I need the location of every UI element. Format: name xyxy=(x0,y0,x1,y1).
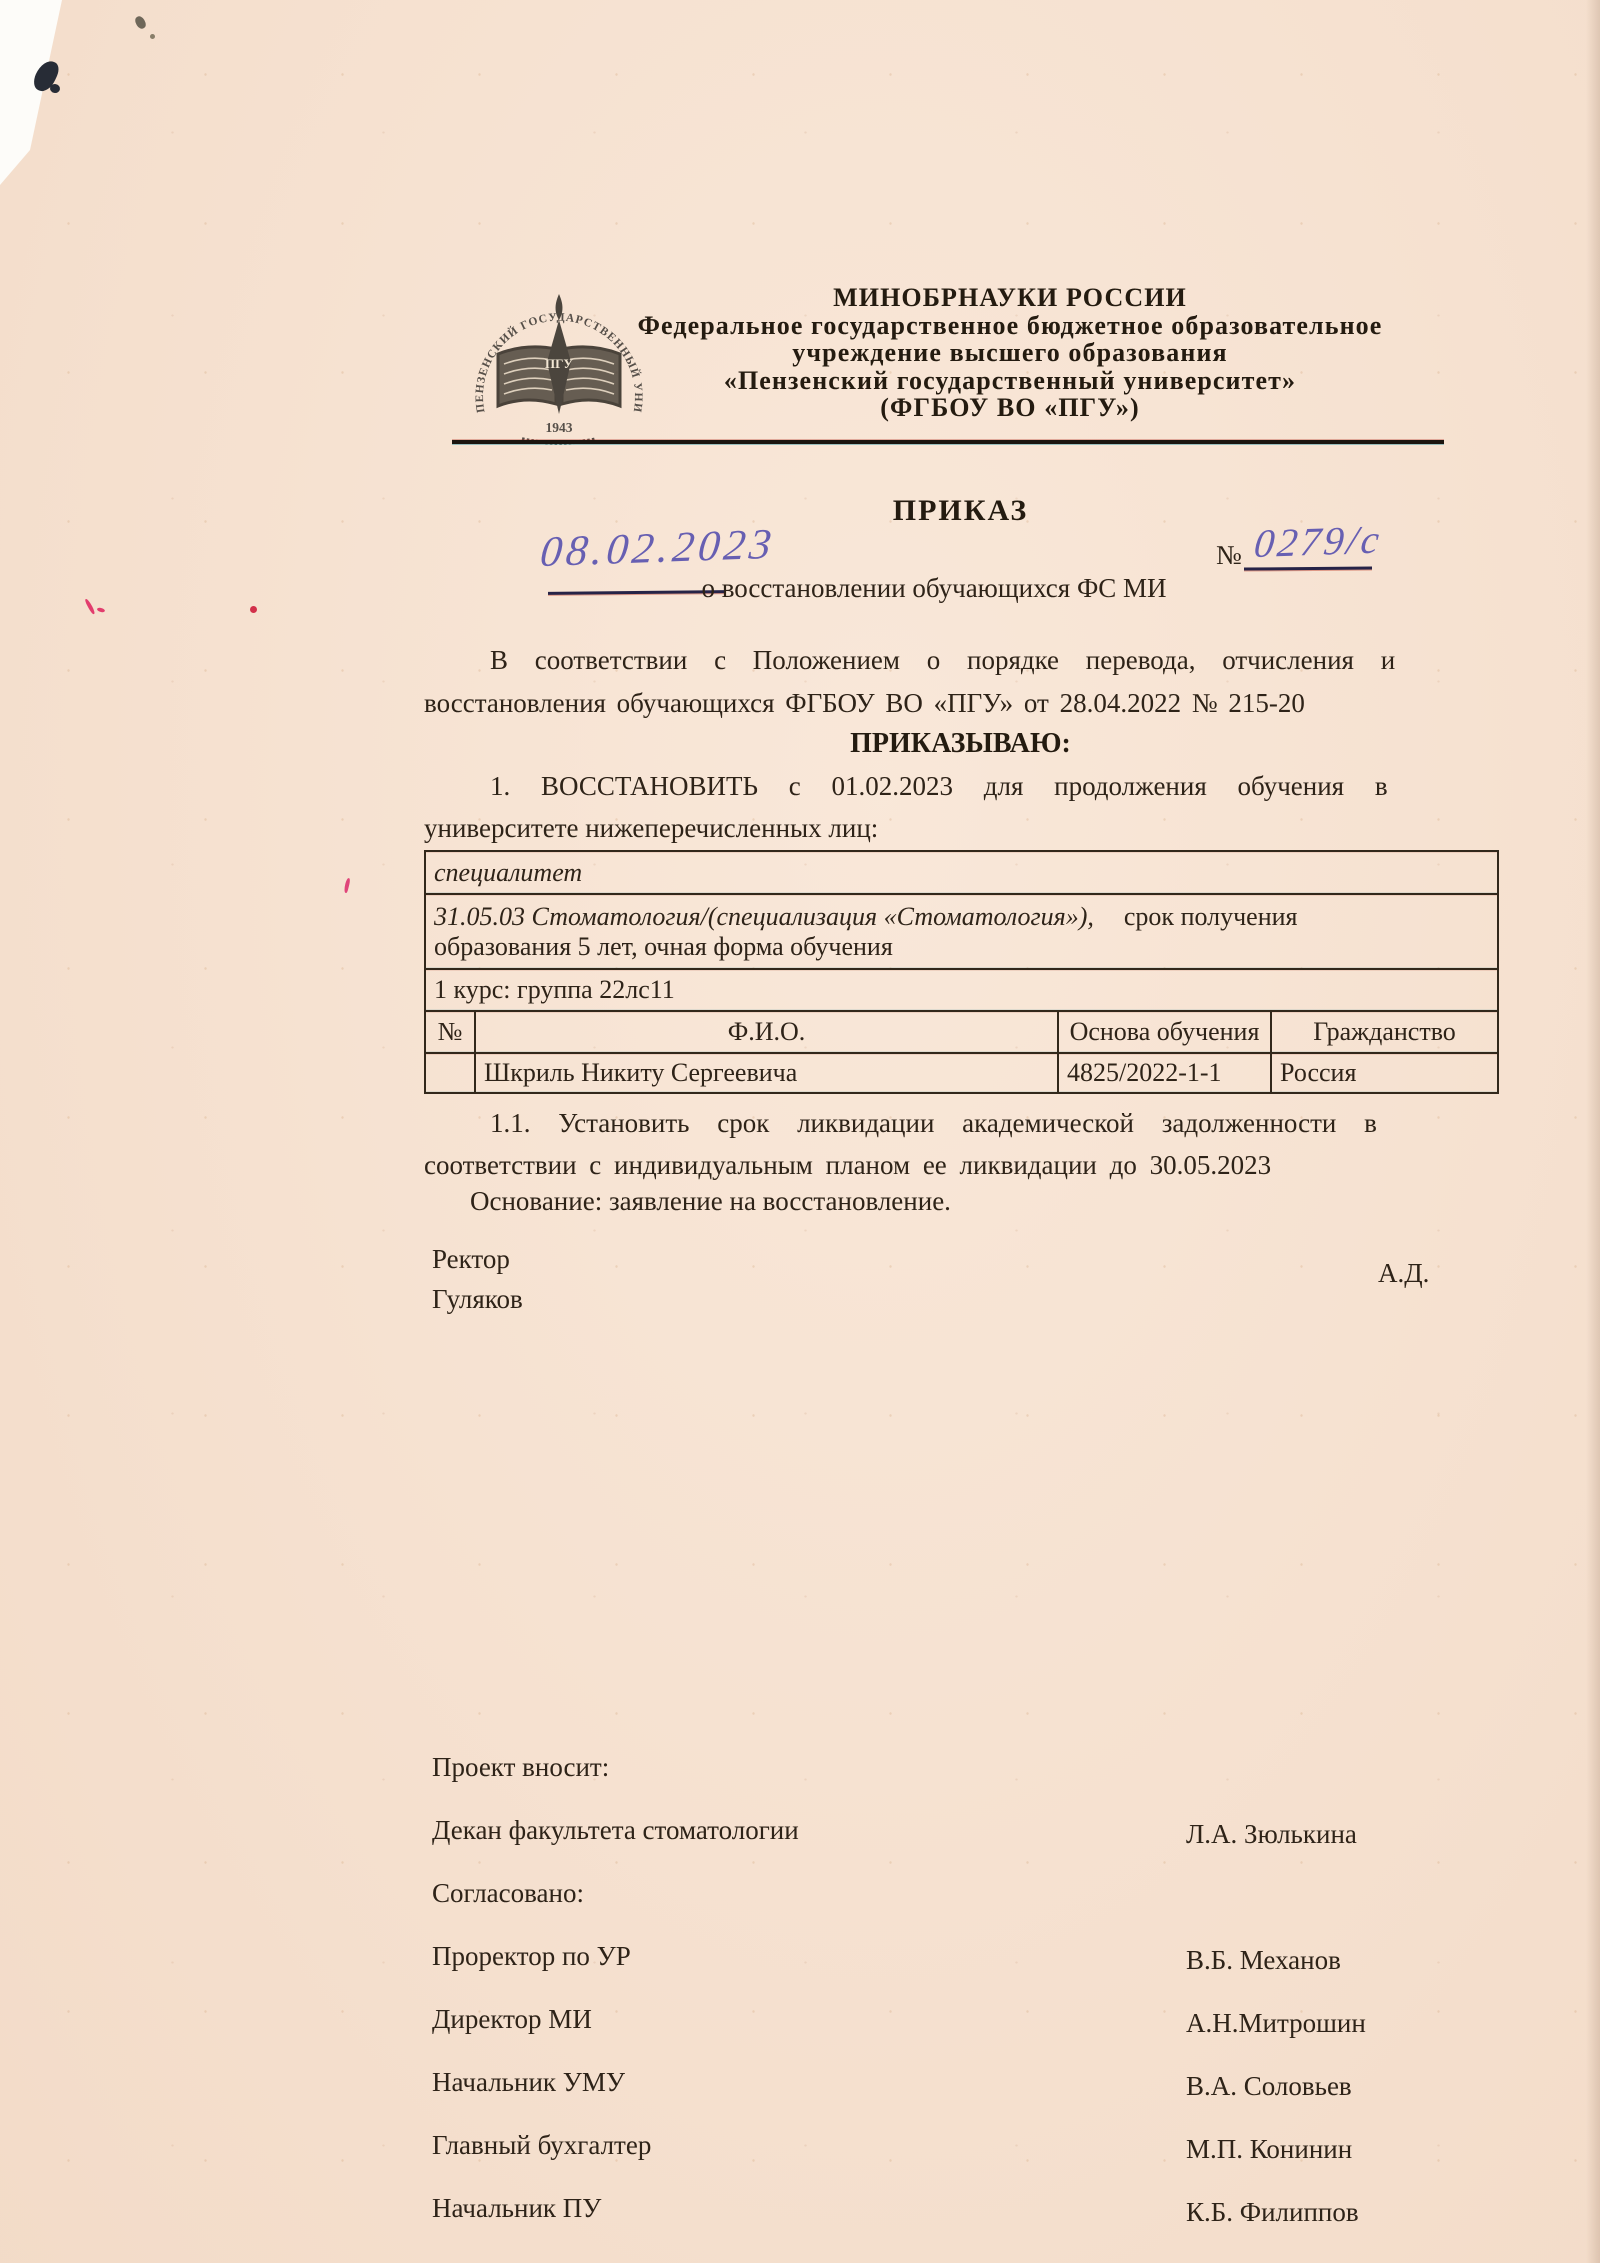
handwritten-number: 0279/с xyxy=(1252,516,1384,567)
approval-position-prorector: Проректор по УР xyxy=(432,1939,631,1973)
students-table: специалитет 31.05.03 Стоматология/(специ… xyxy=(424,850,1499,1094)
order-item11-line2: соответствии с индивидуальным планом ее … xyxy=(424,1148,1271,1182)
basis-line: Основание: заявление на восстановление. xyxy=(470,1184,951,1218)
approval-position-dean: Декан факультета стоматологии xyxy=(432,1813,799,1847)
paper-speck xyxy=(150,34,155,39)
approval-name-dean: Л.А. Зюлькина xyxy=(1186,1817,1357,1851)
org-name-line3: «Пензенский государственный университет» xyxy=(555,367,1465,395)
program-line2: образования 5 лет, очная форма обучения xyxy=(434,932,1489,962)
approval-name-prorector: В.Б. Механов xyxy=(1186,1943,1341,1977)
order-intro-line1: В соответствии с Положением о порядке пе… xyxy=(490,643,1395,677)
scan-edge-shadow xyxy=(1586,0,1600,2263)
paper-speck xyxy=(133,15,147,31)
signer-initials: А.Д. xyxy=(1378,1256,1429,1290)
program-code: 31.05.03 Стоматология/(специализация «Ст… xyxy=(434,902,1094,931)
approval-name-umu: В.А. Соловьев xyxy=(1186,2069,1352,2103)
header-divider xyxy=(452,440,1444,444)
cell-fio: Шкриль Никиту Сергеевича xyxy=(475,1053,1058,1093)
approval-name-director: А.Н.Митрошин xyxy=(1186,2006,1366,2040)
number-underline xyxy=(1244,566,1372,570)
signer-position: Ректор xyxy=(432,1242,510,1276)
approval-position-pu: Начальник ПУ xyxy=(432,2191,601,2225)
order-item1-line1: 1. ВОССТАНОВИТЬ с 01.02.2023 для продолж… xyxy=(490,769,1388,803)
program-cell: 31.05.03 Стоматология/(специализация «Ст… xyxy=(425,894,1498,969)
cell-citizenship: Россия xyxy=(1271,1053,1498,1093)
column-header-basis: Основа обучения xyxy=(1058,1011,1271,1053)
ministry-name: МИНОБРНАУКИ РОССИИ xyxy=(555,284,1465,312)
approval-position-accountant: Главный бухгалтер xyxy=(432,2128,651,2162)
column-header-fio: Ф.И.О. xyxy=(475,1011,1058,1053)
pink-ink-mark xyxy=(97,607,106,613)
org-name-line2: учреждение высшего образования xyxy=(555,339,1465,367)
order-item1-line2: университете нижеперечисленных лиц: xyxy=(424,811,878,845)
level-cell: специалитет xyxy=(425,851,1498,894)
column-header-citizenship: Гражданство xyxy=(1271,1011,1498,1053)
handwritten-date: 08.02.2023 xyxy=(538,520,778,577)
order-item11-line1: 1.1. Установить срок ликвидации академич… xyxy=(490,1106,1377,1140)
table-row-program: 31.05.03 Стоматология/(специализация «Ст… xyxy=(425,894,1498,969)
scanned-document-page: ПЕНЗЕНСКИЙ ГОСУДАРСТВЕННЫЙ УНИВЕРСИТЕТ П… xyxy=(0,0,1600,2263)
approval-name-pu: К.Б. Филиппов xyxy=(1186,2195,1359,2229)
order-subject: о восстановлении обучающихся ФС МИ xyxy=(374,571,1494,605)
signer-surname: Гуляков xyxy=(432,1282,523,1316)
column-header-num: № xyxy=(425,1011,475,1053)
number-sign: № xyxy=(1216,538,1242,572)
pink-ink-mark xyxy=(84,598,96,615)
ink-blot-small xyxy=(49,83,60,94)
approvals-agreed-label: Согласовано: xyxy=(432,1876,584,1910)
cell-basis: 4825/2022-1-1 xyxy=(1058,1053,1271,1093)
approvals-intro: Проект вносит: xyxy=(432,1750,609,1784)
scan-edge-wedge xyxy=(0,0,70,200)
table-row-course: 1 курс: группа 22лс11 xyxy=(425,969,1498,1011)
program-tail: срок получения xyxy=(1124,902,1298,931)
order-intro-line2: восстановления обучающихся ФГБОУ ВО «ПГУ… xyxy=(424,686,1305,720)
emblem-year: 1943 xyxy=(546,420,573,435)
student-row: Шкриль Никиту Сергеевича 4825/2022-1-1 Р… xyxy=(425,1053,1498,1093)
course-cell: 1 курс: группа 22лс11 xyxy=(425,969,1498,1011)
approval-position-umu: Начальник УМУ xyxy=(432,2065,625,2099)
table-header-row: № Ф.И.О. Основа обучения Гражданство xyxy=(425,1011,1498,1053)
red-ink-dot xyxy=(250,606,257,613)
letterhead: МИНОБРНАУКИ РОССИИ Федеральное государст… xyxy=(555,284,1465,422)
approval-position-director: Директор МИ xyxy=(432,2002,592,2036)
table-row-level: специалитет xyxy=(425,851,1498,894)
cell-num xyxy=(425,1053,475,1093)
decree-word: ПРИКАЗЫВАЮ: xyxy=(424,727,1497,761)
org-name-line1: Федеральное государственное бюджетное об… xyxy=(555,312,1465,340)
org-name-line4: (ФГБОУ ВО «ПГУ») xyxy=(555,394,1465,422)
pink-ink-mark xyxy=(343,878,351,894)
approval-name-accountant: М.П. Конинин xyxy=(1186,2132,1352,2166)
